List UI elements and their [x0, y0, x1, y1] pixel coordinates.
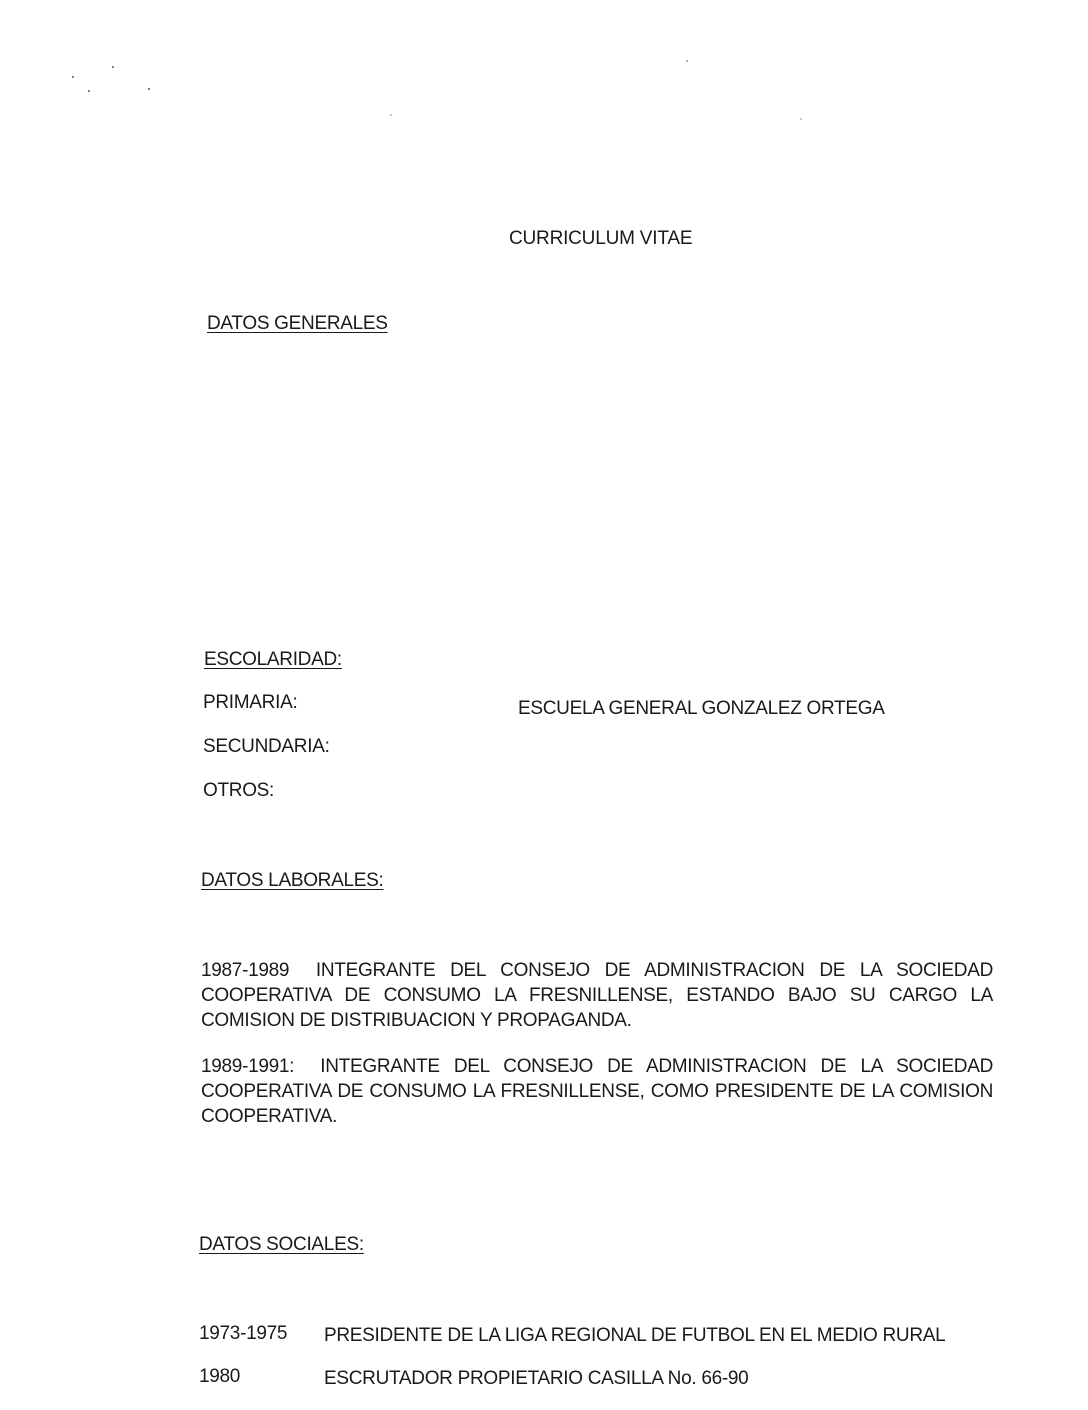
- laboral-entry-text: INTEGRANTE DEL CONSEJO DE ADMINISTRACION…: [201, 960, 993, 1031]
- scan-speck: [686, 60, 688, 62]
- section-heading-datos-laborales: DATOS LABORALES:: [201, 870, 383, 892]
- section-heading-datos-generales: DATOS GENERALES: [207, 313, 388, 335]
- laboral-entry-period: 1987-1989: [201, 960, 289, 981]
- scan-speck: [800, 118, 802, 120]
- laboral-entry: 1989-1991: INTEGRANTE DEL CONSEJO DE ADM…: [201, 1054, 993, 1129]
- scan-speck: [88, 90, 90, 92]
- escolaridad-label-primaria: PRIMARIA:: [203, 692, 297, 714]
- section-heading-datos-sociales: DATOS SOCIALES:: [199, 1234, 364, 1256]
- escolaridad-value-primaria: ESCUELA GENERAL GONZALEZ ORTEGA: [518, 698, 885, 720]
- social-entry-text: ESCRUTADOR PROPIETARIO CASILLA No. 66-90: [324, 1368, 748, 1390]
- scan-speck: [390, 114, 392, 116]
- social-entry-period: 1980: [199, 1366, 240, 1388]
- escolaridad-label-secundaria: SECUNDARIA:: [203, 736, 330, 758]
- laboral-entry-text: INTEGRANTE DEL CONSEJO DE ADMINISTRACION…: [201, 1056, 993, 1127]
- laboral-entry: 1987-1989 INTEGRANTE DEL CONSEJO DE ADMI…: [201, 958, 993, 1033]
- social-entry-text: PRESIDENTE DE LA LIGA REGIONAL DE FUTBOL…: [324, 1325, 945, 1347]
- escolaridad-label-otros: OTROS:: [203, 780, 274, 802]
- document-title: CURRICULUM VITAE: [509, 228, 692, 250]
- scan-speck: [148, 88, 150, 90]
- scan-speck: [72, 76, 74, 78]
- section-heading-escolaridad: ESCOLARIDAD:: [204, 649, 342, 671]
- social-entry-period: 1973-1975: [199, 1323, 287, 1345]
- laboral-entry-period: 1989-1991:: [201, 1056, 294, 1077]
- scan-speck: [112, 66, 114, 68]
